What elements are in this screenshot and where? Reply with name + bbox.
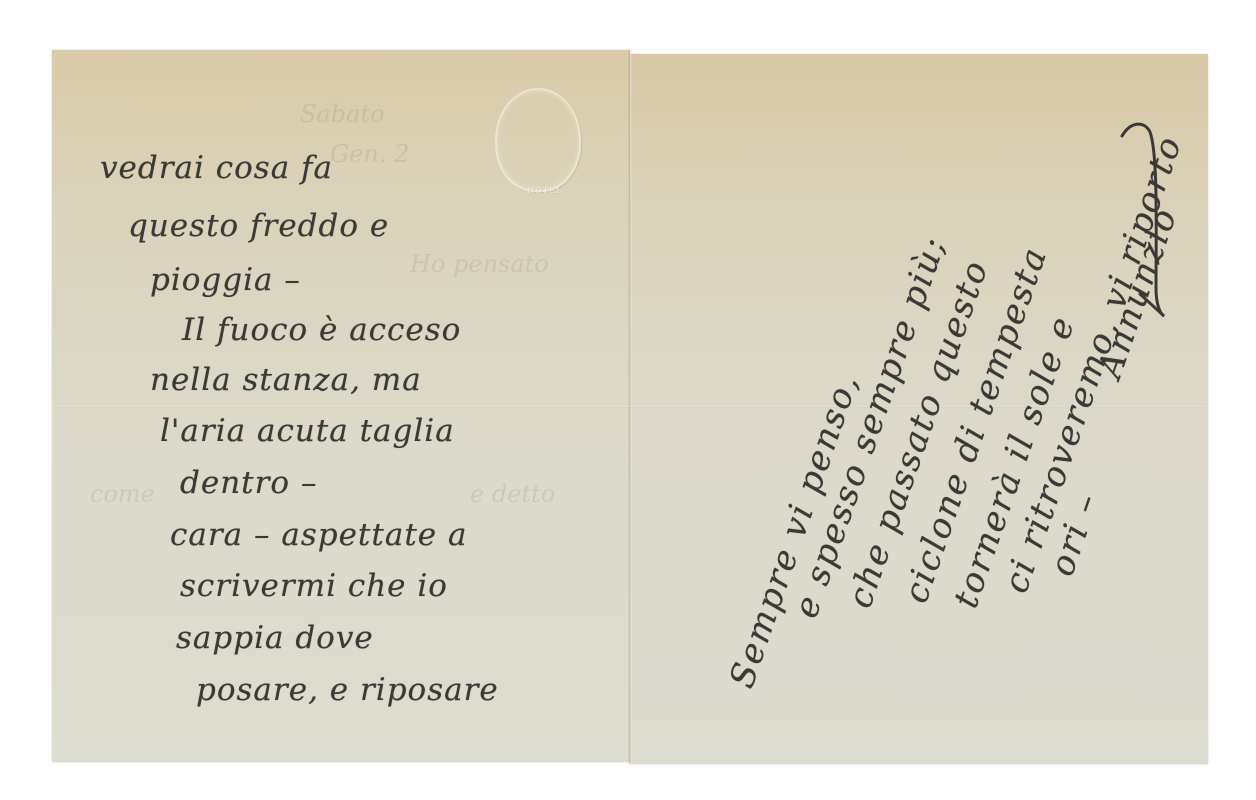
ghost-line: come (90, 480, 155, 508)
left-line-11: posare, e riposare (196, 672, 499, 708)
left-line-3: pioggia – (150, 262, 301, 298)
ghost-line: e detto (470, 480, 555, 508)
left-line-9: scrivermi che io (180, 568, 448, 604)
ghost-line: Ho pensato (410, 250, 549, 278)
embossed-crest-icon (495, 88, 581, 192)
left-line-6: l'aria acuta taglia (160, 413, 455, 449)
left-line-10: sappia dove (176, 620, 374, 656)
left-line-5: nella stanza, ma (150, 362, 422, 398)
emboss-label: HOTEL (505, 186, 585, 195)
ghost-line: Sabato (300, 100, 385, 128)
ghost-line: Gen. 2 (330, 140, 409, 168)
left-line-2: questo freddo e (128, 208, 389, 244)
left-line-8: cara – aspettate a (170, 517, 467, 553)
left-line-1: vedrai cosa fa (100, 150, 333, 186)
left-line-4: Il fuoco è acceso (182, 312, 461, 348)
left-line-7: dentro – (180, 465, 317, 501)
signature-flourish-icon (1120, 118, 1170, 318)
